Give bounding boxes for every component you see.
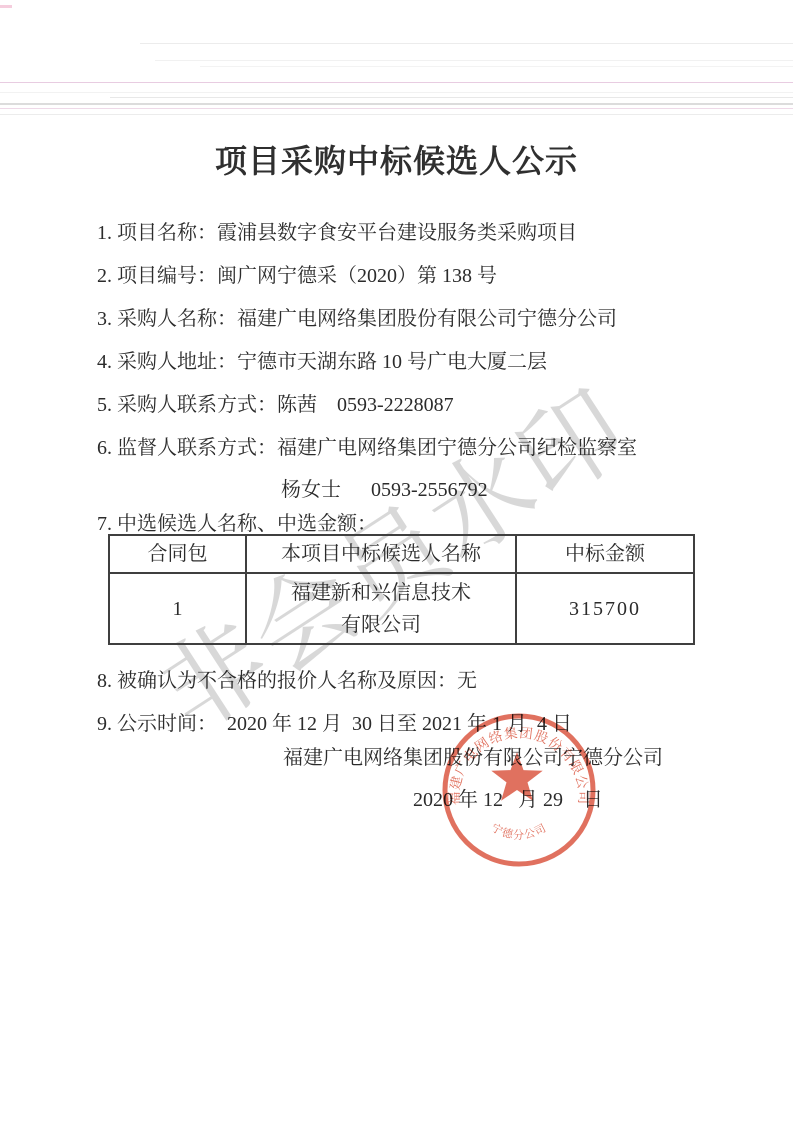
signature-company: 福建广电网络集团股份有限公司宁德分公司 <box>283 741 663 770</box>
item-purchaser-name: 3. 采购人名称：福建广电网络集团股份有限公司宁德分公司 <box>97 302 617 331</box>
scan-artifact-line <box>155 60 793 61</box>
document-title: 项目采购中标候选人公示 <box>0 136 793 182</box>
scan-artifact-line <box>110 97 793 98</box>
header-contract-package: 合同包 <box>109 535 246 573</box>
item-disqualified-bidders: 8. 被确认为不合格的报价人名称及原因：无 <box>97 664 477 693</box>
table-header-row: 合同包 本项目中标候选人名称 中标金额 <box>109 535 694 573</box>
header-award-amount: 中标金额 <box>516 535 694 573</box>
signature-date: 2020 年 12 月 29 日 <box>413 783 603 812</box>
seal-bottom-text: 宁德分公司 <box>489 821 549 841</box>
scan-artifact-line <box>200 66 793 67</box>
item-announcement-period: 9. 公示时间： 2020 年 12 月 30 日至 2021 年 1 月 4 … <box>97 707 572 736</box>
scan-artifact-line <box>140 43 793 44</box>
item-project-name: 1. 项目名称：霞浦县数字食安平台建设服务类采购项目 <box>97 216 577 245</box>
cell-candidate-name: 福建新和兴信息技术 有限公司 <box>246 573 516 644</box>
cell-award-amount: 315700 <box>516 573 694 644</box>
item-project-number: 2. 项目编号：闽广网宁德采（2020）第 138 号 <box>97 259 497 288</box>
scanned-document-page: { "page": { "title": "项目采购中标候选人公示" }, "i… <box>0 0 793 1121</box>
scan-artifact-line <box>0 5 12 8</box>
item-purchaser-contact: 5. 采购人联系方式：陈茜 0593-2228087 <box>97 388 454 417</box>
scan-artifact-line <box>0 92 793 93</box>
cell-contract-package: 1 <box>109 573 246 644</box>
item-purchaser-address: 4. 采购人地址：宁德市天湖东路 10 号广电大厦二层 <box>97 345 547 374</box>
scan-artifact-line <box>0 82 793 83</box>
item-candidates-heading: 7. 中选候选人名称、中选金额： <box>97 507 377 536</box>
candidate-name-line2: 有限公司 <box>247 609 515 641</box>
table-row: 1 福建新和兴信息技术 有限公司 315700 <box>109 573 694 644</box>
award-table: 合同包 本项目中标候选人名称 中标金额 1 福建新和兴信息技术 有限公司 315… <box>108 534 695 645</box>
candidate-name-line1: 福建新和兴信息技术 <box>247 577 515 609</box>
item-supervisor-contact: 6. 监督人联系方式：福建广电网络集团宁德分公司纪检监察室 <box>97 431 637 460</box>
header-candidate-name: 本项目中标候选人名称 <box>246 535 516 573</box>
scan-artifact-line <box>0 108 793 109</box>
scan-artifact-line <box>0 114 793 115</box>
item-supervisor-contact-line2: 杨女士 0593-2556792 <box>281 473 488 502</box>
scan-artifact-line <box>0 103 793 105</box>
